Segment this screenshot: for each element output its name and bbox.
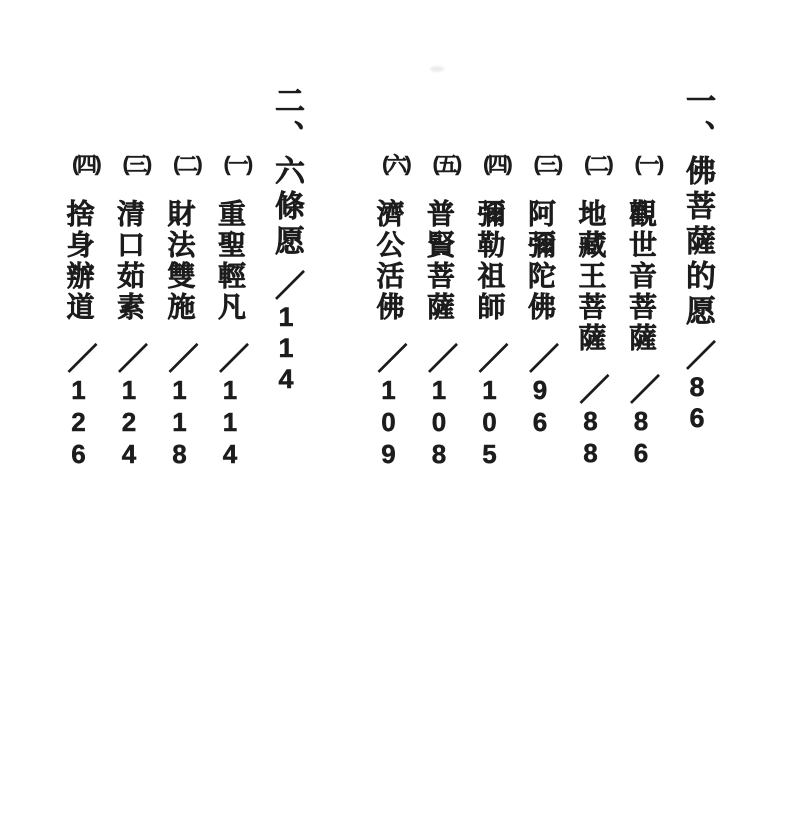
section-heading: 二、六條愿／114 [261, 85, 311, 815]
page-separator-slash: ／ [63, 343, 96, 373]
page-separator-slash: ／ [625, 374, 658, 404]
section-items: (一)觀世音菩薩／86 (二)地藏王菩薩／88 (三)阿彌陀佛／96 (四)彌勒… [363, 85, 666, 815]
toc-item: (四)彌勒祖師／105 [464, 85, 515, 815]
toc-item: (三)阿彌陀佛／96 [515, 85, 566, 815]
page-separator-slash: ／ [474, 343, 507, 373]
section-page-number: 86 [682, 372, 712, 434]
page-separator-slash: ／ [575, 374, 608, 404]
item-title: 重聖輕凡 [215, 199, 246, 323]
item-number-marker: (三) [123, 152, 150, 178]
page-separator-slash: ／ [373, 343, 406, 373]
item-page-number: 126 [64, 375, 94, 471]
section-heading-label: 一、佛菩薩的愿 [681, 85, 714, 330]
section-buddha-bodhisattva-vows: 一、佛菩薩的愿／86 (一)觀世音菩薩／86 (二)地藏王菩薩／88 (三)阿彌… [363, 85, 722, 815]
toc-item: (二)地藏王菩薩／88 [565, 85, 616, 815]
item-number-marker: (三) [534, 152, 561, 178]
item-page-number: 108 [424, 375, 454, 471]
item-title: 觀世音菩薩 [626, 199, 657, 354]
item-page-number: 124 [114, 375, 144, 471]
item-page-number: 96 [525, 375, 555, 439]
item-title: 阿彌陀佛 [525, 199, 556, 323]
page-separator-slash: ／ [113, 343, 146, 373]
toc-item: (三)清口茹素／124 [104, 85, 155, 815]
item-title: 普賢菩薩 [424, 199, 455, 323]
page-separator-slash: ／ [164, 343, 197, 373]
item-title: 彌勒祖師 [475, 199, 506, 323]
section-page-number: 114 [271, 302, 301, 395]
page-separator-slash: ／ [270, 270, 303, 300]
item-page-number: 105 [475, 375, 505, 471]
toc-item: (一)重聖輕凡／114 [205, 85, 256, 815]
item-page-number: 86 [626, 406, 656, 470]
item-number-marker: (一) [635, 152, 662, 178]
item-number-marker: (一) [224, 152, 251, 178]
section-items: (一)重聖輕凡／114 (二)財法雙施／118 (三)清口茹素／124 (四)捨… [53, 85, 255, 815]
section-heading: 一、佛菩薩的愿／86 [672, 85, 722, 815]
toc-item: (二)財法雙施／118 [154, 85, 205, 815]
item-title: 地藏王菩薩 [576, 199, 607, 354]
toc-item: (一)觀世音菩薩／86 [616, 85, 667, 815]
item-title: 濟公活佛 [374, 199, 405, 323]
page-separator-slash: ／ [524, 343, 557, 373]
item-title: 捨身辦道 [64, 199, 95, 323]
item-page-number: 114 [215, 375, 245, 471]
page-separator-slash: ／ [214, 343, 247, 373]
item-number-marker: (二) [584, 152, 611, 178]
section-six-vows: 二、六條愿／114 (一)重聖輕凡／114 (二)財法雙施／118 (三)清口茹… [53, 85, 311, 815]
page-separator-slash: ／ [681, 340, 714, 370]
item-page-number: 118 [165, 375, 195, 471]
item-page-number: 88 [576, 406, 606, 470]
toc-item: (六)濟公活佛／109 [363, 85, 414, 815]
item-number-marker: (四) [483, 152, 510, 178]
item-number-marker: (二) [173, 152, 200, 178]
item-number-marker: (五) [433, 152, 460, 178]
item-page-number: 109 [374, 375, 404, 471]
section-heading-label: 二、六條愿 [270, 85, 303, 260]
page-separator-slash: ／ [423, 343, 456, 373]
table-of-contents: 一、佛菩薩的愿／86 (一)觀世音菩薩／86 (二)地藏王菩薩／88 (三)阿彌… [53, 85, 722, 815]
item-title: 清口茹素 [114, 199, 145, 323]
item-number-marker: (六) [382, 152, 409, 178]
scan-smudge-artifact [430, 66, 444, 72]
scanned-toc-page: 一、佛菩薩的愿／86 (一)觀世音菩薩／86 (二)地藏王菩薩／88 (三)阿彌… [0, 0, 800, 831]
item-title: 財法雙施 [165, 199, 196, 323]
item-number-marker: (四) [72, 152, 99, 178]
toc-item: (四)捨身辦道／126 [53, 85, 104, 815]
toc-item: (五)普賢菩薩／108 [414, 85, 465, 815]
